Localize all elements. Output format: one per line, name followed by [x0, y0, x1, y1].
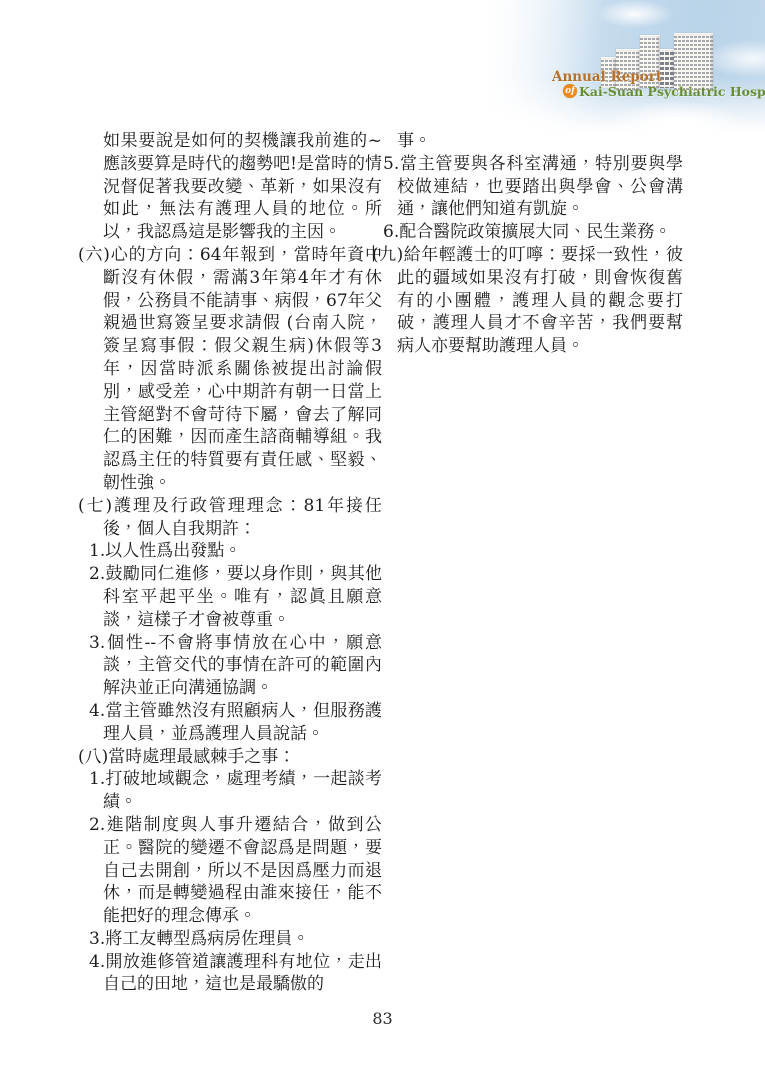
right-column: 事。 5.當主管要與各科室溝通，特別要與學校做連結，也要踏出與學會、公會溝通，讓… [397, 130, 683, 358]
annual-report-title: Annual Report [552, 70, 765, 85]
item-text: 當主管雖然沒有照顧病人，但服務護理人員，並爲護理人員說話。 [103, 701, 382, 744]
list-item: (六)心的方向：64年報到，當時年資中斷沒有休假，需滿3年第4年才有休假，公務員… [103, 244, 382, 495]
paragraph-continuation: 如果要說是如何的契機讓我前進的~應該要算是時代的趨勢吧!是當時的情況督促著我要改… [103, 130, 382, 244]
item-marker: 3. [89, 929, 105, 949]
list-subitem: 4.開放進修管道讓護理科有地位，走出自己的田地，這也是最驕傲的 [103, 951, 382, 997]
item-marker: 5. [383, 154, 399, 174]
list-item: (八)當時處理最感棘手之事： [103, 746, 382, 769]
item-marker: 2. [89, 564, 105, 584]
item-text: 打破地域觀念，處理考績，一起談考績。 [103, 769, 382, 812]
list-subitem: 3.將工友轉型爲病房佐理員。 [103, 928, 382, 951]
item-marker: (六) [78, 245, 110, 265]
list-item: (九)給年輕護士的叮嚀：要採一致性，彼此的疆域如果沒有打破，則會恢復舊有的小團體… [397, 244, 683, 358]
paragraph-continuation: 事。 [397, 130, 683, 153]
list-subitem: 1.打破地域觀念，處理考績，一起談考績。 [103, 768, 382, 814]
header-banner: Annual Report of Kai-Suan Psychiatric Ho… [455, 0, 765, 140]
item-text: 鼓勵同仁進修，要以身作則，與其他科室平起平坐。唯有，認眞且願意談，這樣子才會被尊… [103, 564, 382, 630]
item-marker: 2. [89, 815, 105, 835]
item-marker: 3. [89, 633, 105, 653]
list-subitem: 4.當主管雖然沒有照顧病人，但服務護理人員，並爲護理人員說話。 [103, 700, 382, 746]
item-text: 將工友轉型爲病房佐理員。 [105, 929, 309, 949]
list-subitem: 2.鼓勵同仁進修，要以身作則，與其他科室平起平坐。唯有，認眞且願意談，這樣子才會… [103, 563, 382, 631]
item-marker: 1. [89, 769, 105, 789]
item-text: 配合醫院政策擴展大同、民生業務。 [399, 222, 671, 242]
item-text: 當主管要與各科室溝通，特別要與學校做連結，也要踏出與學會、公會溝通，讓他們知道有… [397, 154, 683, 220]
item-marker: (八) [78, 747, 108, 767]
list-subitem: 3.個性--不會將事情放在心中，願意談，主管交代的事情在許可的範圍內解決並正向溝… [103, 632, 382, 700]
list-subitem: 2.進階制度與人事升遷結合，做到公正。醫院的變遷不會認爲是問題，要自己去開創，所… [103, 814, 382, 928]
list-subitem: 1.以人性爲出發點。 [103, 540, 382, 563]
list-subitem: 6.配合醫院政策擴展大同、民生業務。 [397, 221, 683, 244]
item-marker: 1. [89, 541, 105, 561]
item-marker: (七) [78, 496, 112, 516]
report-title: Annual Report of Kai-Suan Psychiatric Ho… [552, 70, 765, 99]
of-badge-icon: of [563, 84, 577, 98]
item-marker: 4. [89, 952, 105, 972]
item-text: 護理及行政管理理念：81年接任後，個人自我期許： [103, 496, 382, 539]
item-text: 個性--不會將事情放在心中，願意談，主管交代的事情在許可的範圍內解決並正向溝通協… [103, 633, 382, 699]
item-text: 當時處理最感棘手之事： [108, 747, 295, 767]
item-marker: (九) [372, 245, 403, 265]
list-subitem: 5.當主管要與各科室溝通，特別要與學校做連結，也要踏出與學會、公會溝通，讓他們知… [397, 153, 683, 221]
item-text: 給年輕護士的叮嚀：要採一致性，彼此的疆域如果沒有打破，則會恢復舊有的小團體，護理… [397, 245, 683, 356]
item-text: 以人性爲出發點。 [105, 541, 241, 561]
item-marker: 6. [383, 222, 399, 242]
item-text: 開放進修管道讓護理科有地位，走出自己的田地，這也是最驕傲的 [103, 952, 382, 995]
hospital-name: Kai-Suan Psychiatric Hospital [579, 85, 765, 99]
document-page: Annual Report of Kai-Suan Psychiatric Ho… [0, 0, 765, 1073]
page-number: 83 [0, 1009, 765, 1028]
item-marker: 4. [89, 701, 105, 721]
item-text: 心的方向：64年報到，當時年資中斷沒有休假，需滿3年第4年才有休假，公務員不能請… [103, 245, 382, 493]
item-text: 進階制度與人事升遷結合，做到公正。醫院的變遷不會認爲是問題，要自己去開創，所以不… [103, 815, 382, 926]
list-item: (七)護理及行政管理理念：81年接任後，個人自我期許： [103, 495, 382, 541]
left-column: 如果要說是如何的契機讓我前進的~應該要算是時代的趨勢吧!是當時的情況督促著我要改… [103, 130, 382, 996]
